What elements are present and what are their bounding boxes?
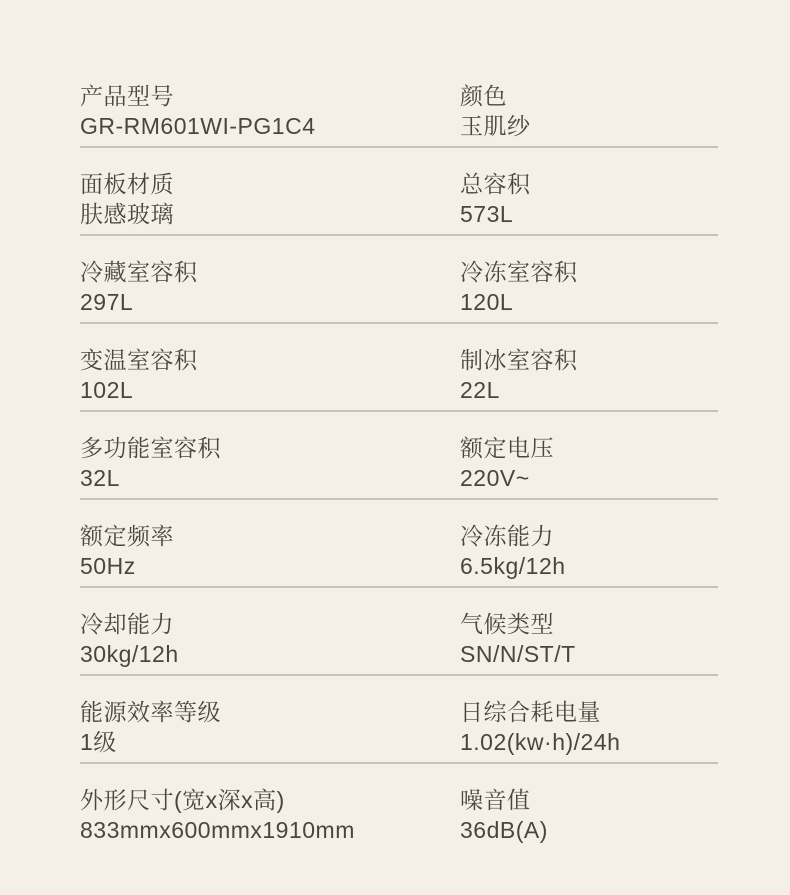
spec-row: 能源效率等级 1级 日综合耗电量 1.02(kw·h)/24h xyxy=(80,676,718,764)
spec-item-right: 冷冻室容积 120L xyxy=(460,257,718,322)
spec-item-right: 日综合耗电量 1.02(kw·h)/24h xyxy=(460,697,718,762)
spec-row: 面板材质 肤感玻璃 总容积 573L xyxy=(80,148,718,236)
spec-item-right: 噪音值 36dB(A) xyxy=(460,785,718,852)
spec-value: 1.02(kw·h)/24h xyxy=(460,727,718,757)
spec-item-right: 气候类型 SN/N/ST/T xyxy=(460,609,718,674)
spec-value: 30kg/12h xyxy=(80,639,460,669)
spec-sheet: 产品型号 GR-RM601WI-PG1C4 颜色 玉肌纱 面板材质 肤感玻璃 总… xyxy=(0,0,790,895)
spec-item-left: 产品型号 GR-RM601WI-PG1C4 xyxy=(80,81,460,146)
spec-row: 变温室容积 102L 制冰室容积 22L xyxy=(80,324,718,412)
spec-label: 制冰室容积 xyxy=(460,345,718,375)
spec-item-left: 多功能室容积 32L xyxy=(80,433,460,498)
spec-value: 36dB(A) xyxy=(460,815,718,845)
spec-row: 冷藏室容积 297L 冷冻室容积 120L xyxy=(80,236,718,324)
spec-item-left: 面板材质 肤感玻璃 xyxy=(80,169,460,234)
spec-row: 多功能室容积 32L 额定电压 220V~ xyxy=(80,412,718,500)
spec-value: 220V~ xyxy=(460,463,718,493)
spec-value: SN/N/ST/T xyxy=(460,639,718,669)
spec-row: 冷却能力 30kg/12h 气候类型 SN/N/ST/T xyxy=(80,588,718,676)
spec-item-left: 外形尺寸(宽x深x高) 833mmx600mmx1910mm xyxy=(80,785,460,852)
spec-value: 50Hz xyxy=(80,551,460,581)
spec-label: 颜色 xyxy=(460,81,718,111)
spec-row: 产品型号 GR-RM601WI-PG1C4 颜色 玉肌纱 xyxy=(80,60,718,148)
spec-label: 外形尺寸(宽x深x高) xyxy=(80,785,460,815)
spec-item-right: 冷冻能力 6.5kg/12h xyxy=(460,521,718,586)
spec-label: 噪音值 xyxy=(460,785,718,815)
spec-label: 日综合耗电量 xyxy=(460,697,718,727)
spec-value: 102L xyxy=(80,375,460,405)
spec-label: 总容积 xyxy=(460,169,718,199)
spec-value: 297L xyxy=(80,287,460,317)
spec-value: 6.5kg/12h xyxy=(460,551,718,581)
spec-item-right: 总容积 573L xyxy=(460,169,718,234)
spec-value: 玉肌纱 xyxy=(460,111,718,141)
spec-label: 额定电压 xyxy=(460,433,718,463)
spec-table: 产品型号 GR-RM601WI-PG1C4 颜色 玉肌纱 面板材质 肤感玻璃 总… xyxy=(80,60,718,852)
spec-label: 多功能室容积 xyxy=(80,433,460,463)
spec-label: 气候类型 xyxy=(460,609,718,639)
spec-label: 额定频率 xyxy=(80,521,460,551)
spec-item-left: 冷藏室容积 297L xyxy=(80,257,460,322)
spec-value: 573L xyxy=(460,199,718,229)
spec-label: 冷却能力 xyxy=(80,609,460,639)
spec-label: 能源效率等级 xyxy=(80,697,460,727)
spec-row: 额定频率 50Hz 冷冻能力 6.5kg/12h xyxy=(80,500,718,588)
spec-item-left: 变温室容积 102L xyxy=(80,345,460,410)
spec-item-right: 额定电压 220V~ xyxy=(460,433,718,498)
spec-item-right: 颜色 玉肌纱 xyxy=(460,81,718,146)
spec-label: 产品型号 xyxy=(80,81,460,111)
spec-value: 833mmx600mmx1910mm xyxy=(80,815,460,845)
spec-value: 1级 xyxy=(80,727,460,757)
spec-value: 肤感玻璃 xyxy=(80,199,460,229)
spec-value: 120L xyxy=(460,287,718,317)
spec-label: 冷藏室容积 xyxy=(80,257,460,287)
spec-value: GR-RM601WI-PG1C4 xyxy=(80,111,460,141)
spec-label: 变温室容积 xyxy=(80,345,460,375)
spec-row: 外形尺寸(宽x深x高) 833mmx600mmx1910mm 噪音值 36dB(… xyxy=(80,764,718,852)
spec-value: 22L xyxy=(460,375,718,405)
spec-item-left: 能源效率等级 1级 xyxy=(80,697,460,762)
spec-label: 冷冻能力 xyxy=(460,521,718,551)
spec-label: 冷冻室容积 xyxy=(460,257,718,287)
spec-item-left: 额定频率 50Hz xyxy=(80,521,460,586)
spec-value: 32L xyxy=(80,463,460,493)
spec-item-right: 制冰室容积 22L xyxy=(460,345,718,410)
spec-item-left: 冷却能力 30kg/12h xyxy=(80,609,460,674)
spec-label: 面板材质 xyxy=(80,169,460,199)
